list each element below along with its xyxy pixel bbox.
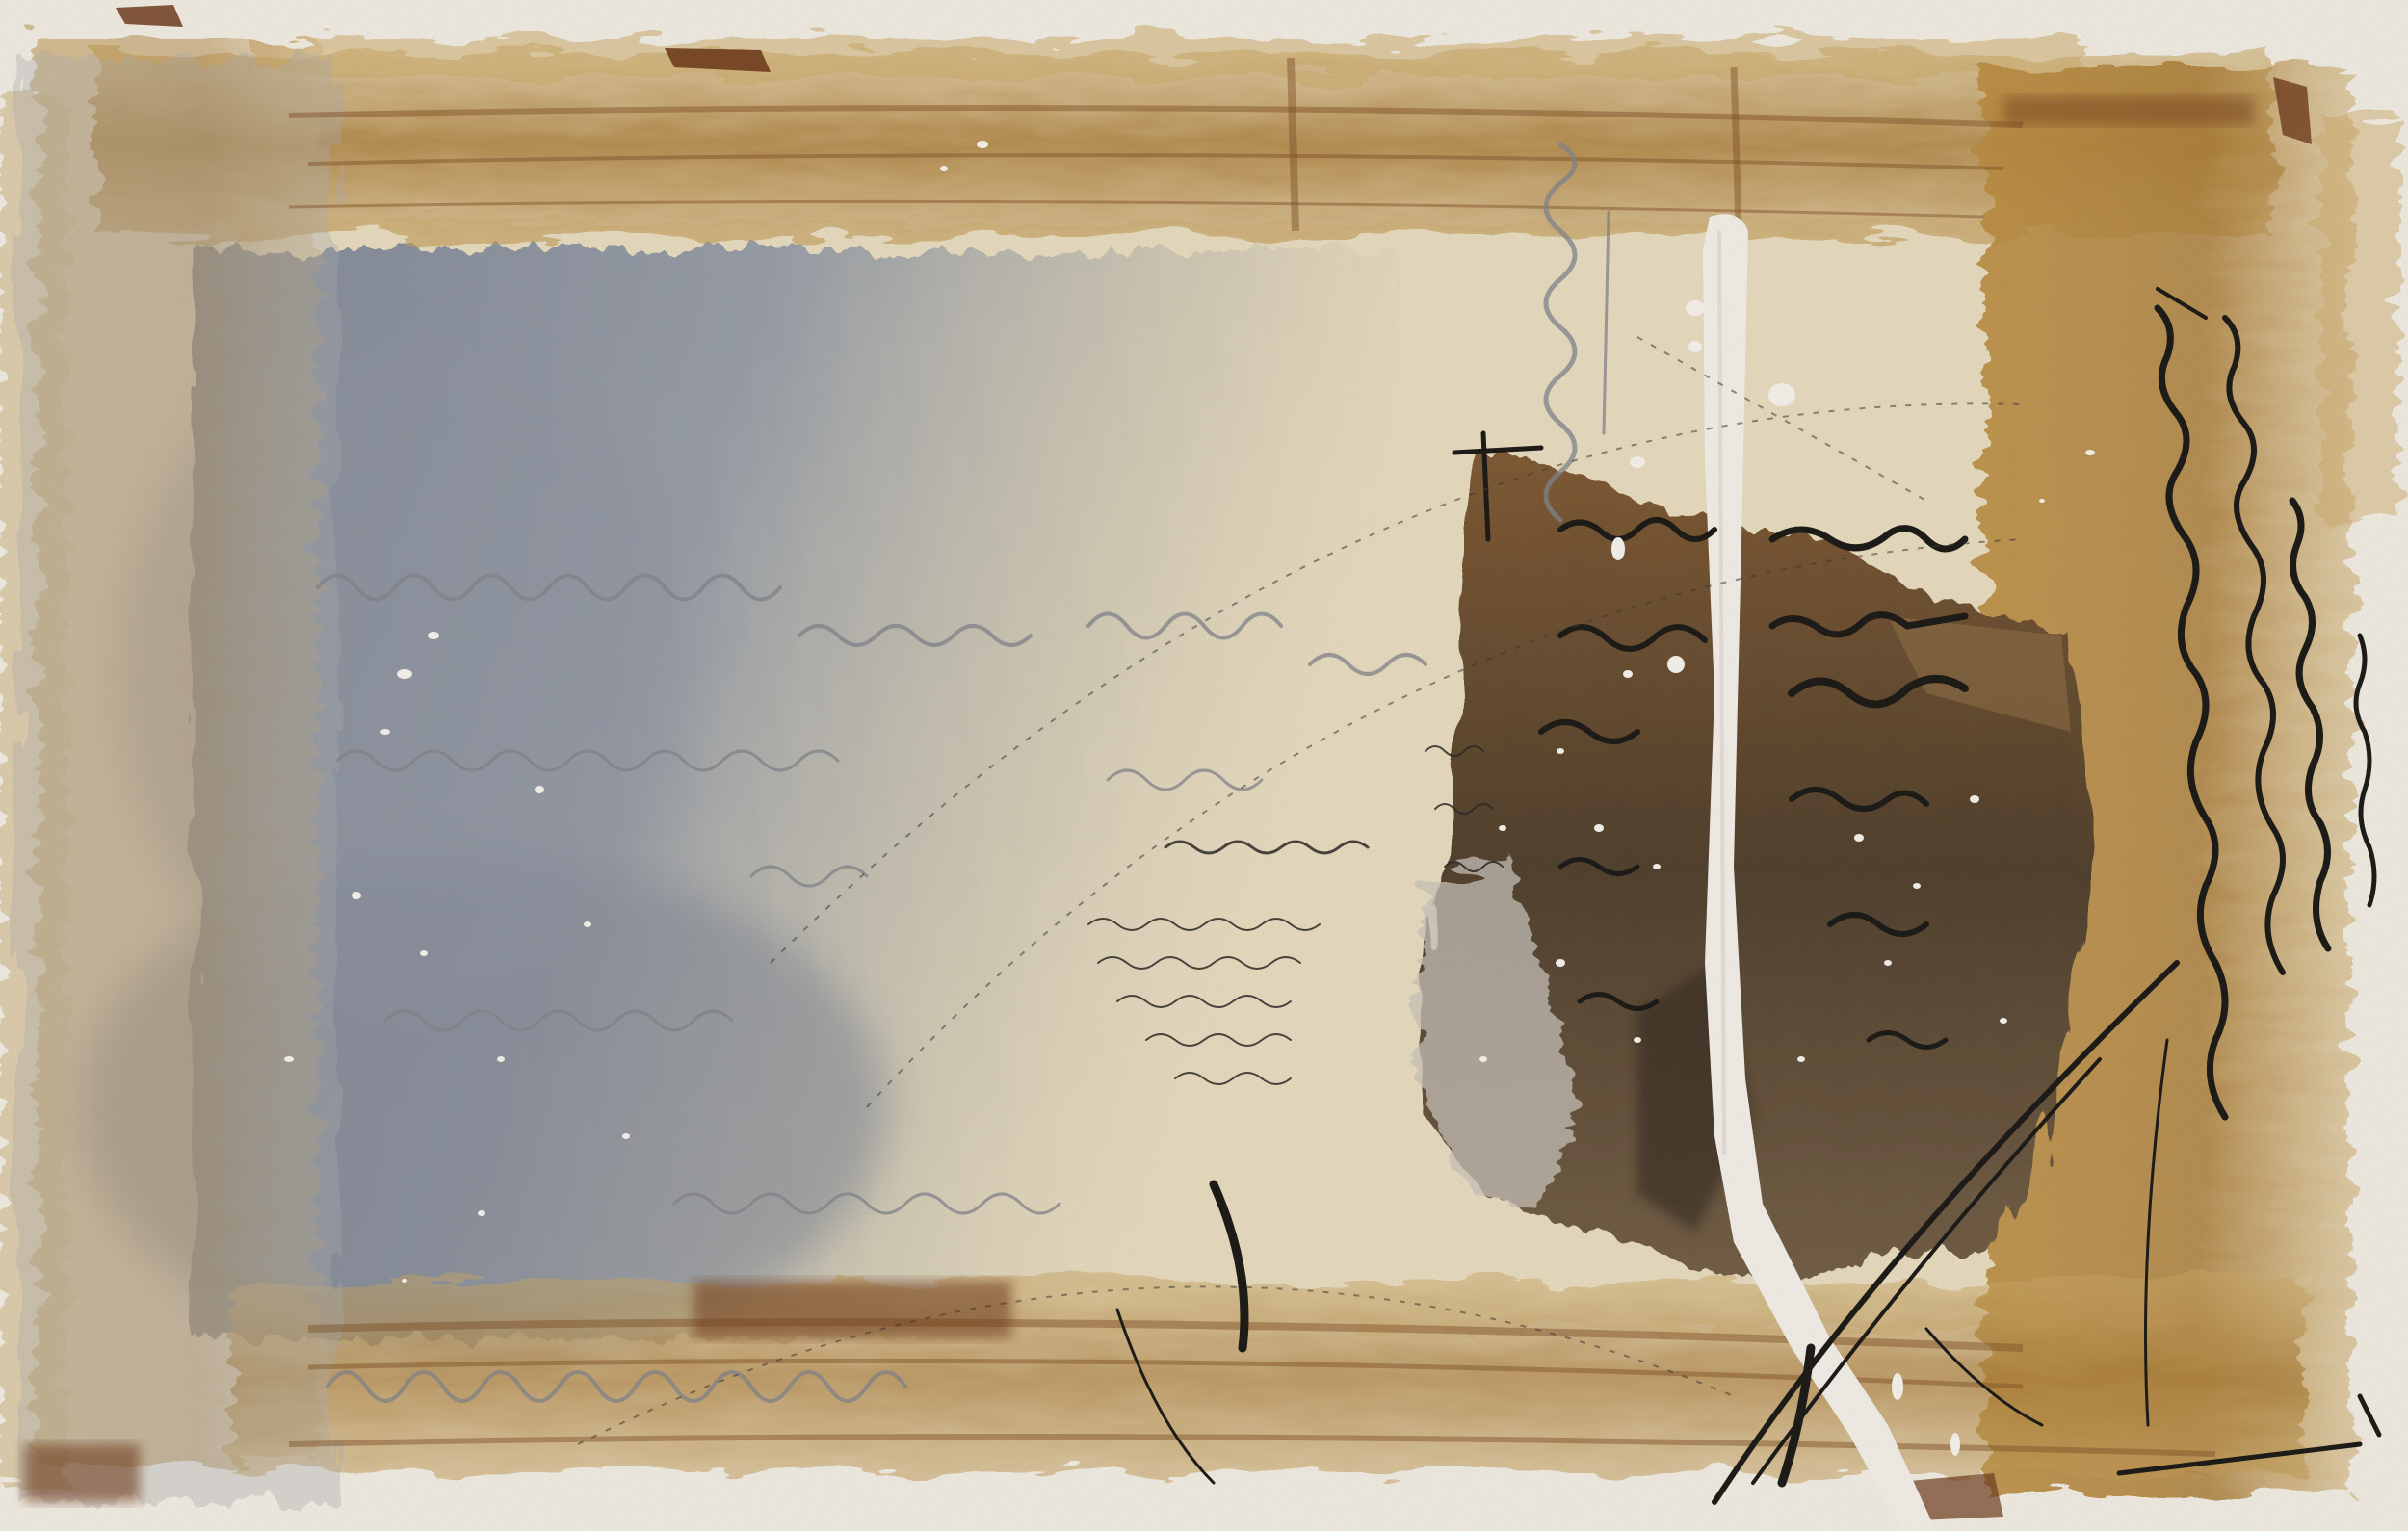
paper-grain [0, 0, 2408, 1531]
artwork-canvas [0, 0, 2408, 1531]
painting-svg [0, 0, 2408, 1531]
